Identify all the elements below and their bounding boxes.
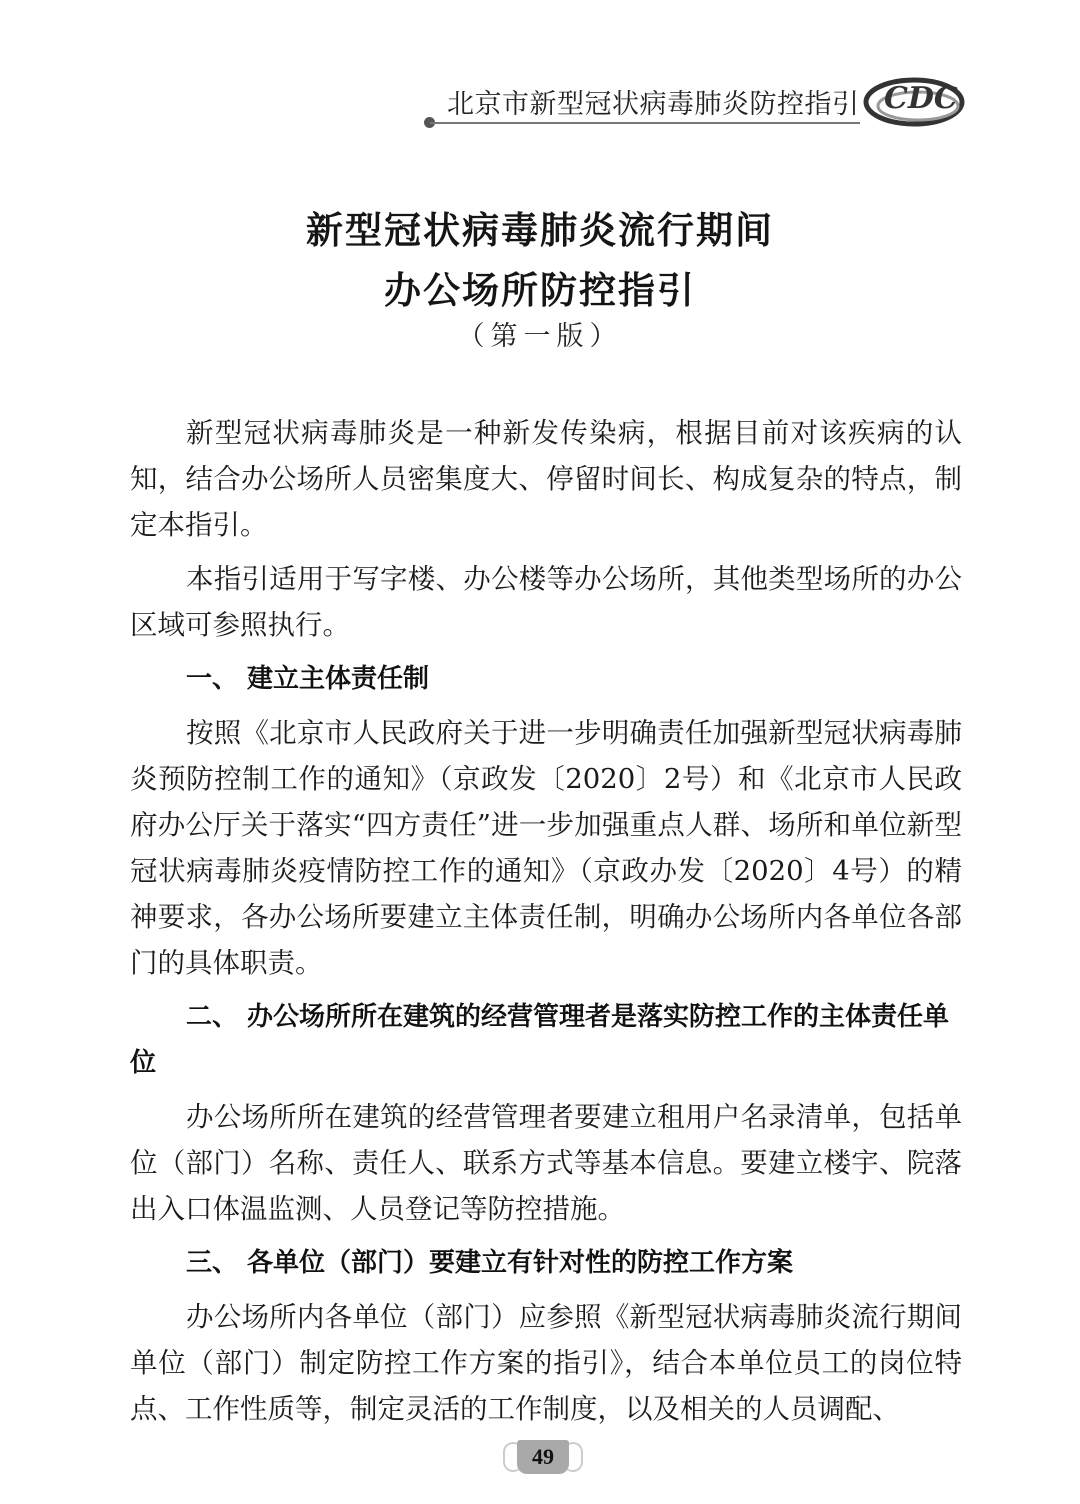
cdc-logo-icon: CDC — [862, 70, 967, 130]
paragraph-section-3: 办公场所内各单位（部门）应参照《新型冠状病毒肺炎流行期间单位（部门）制定防控工作… — [130, 1294, 962, 1432]
document-title-line1: 新型冠状病毒肺炎流行期间 — [0, 200, 1080, 254]
page-number-mask: 49 — [503, 1440, 583, 1480]
document-edition: （第一版） — [0, 314, 1080, 353]
svg-text:CDC: CDC — [884, 81, 958, 116]
section-heading-3: 三、 各单位（部门）要建立有针对性的防控工作方案 — [130, 1240, 962, 1286]
section-heading-1: 一、 建立主体责任制 — [130, 656, 962, 702]
section-heading-2: 二、 办公场所所在建筑的经营管理者是落实防控工作的主体责任单位 — [130, 994, 962, 1086]
document-title-line2: 办公场所防控指引 — [0, 260, 1080, 314]
paragraph-section-1: 按照《北京市人民政府关于进一步明确责任加强新型冠状病毒肺炎预防控制工作的通知》（… — [130, 710, 962, 986]
header-rule — [430, 122, 860, 124]
paragraph-intro: 新型冠状病毒肺炎是一种新发传染病，根据目前对该疾病的认知，结合办公场所人员密集度… — [130, 410, 962, 548]
document-body: 新型冠状病毒肺炎是一种新发传染病，根据目前对该疾病的认知，结合办公场所人员密集度… — [130, 410, 962, 1440]
paragraph-section-2: 办公场所所在建筑的经营管理者要建立租用户名录清单，包括单位（部门）名称、责任人、… — [130, 1094, 962, 1232]
running-header: 北京市新型冠状病毒肺炎防控指引 CDC — [0, 0, 1080, 150]
paragraph-scope: 本指引适用于写字楼、办公楼等办公场所，其他类型场所的办公区域可参照执行。 — [130, 556, 962, 648]
header-title: 北京市新型冠状病毒肺炎防控指引 — [447, 82, 860, 121]
page-number: 49 — [517, 1440, 569, 1474]
